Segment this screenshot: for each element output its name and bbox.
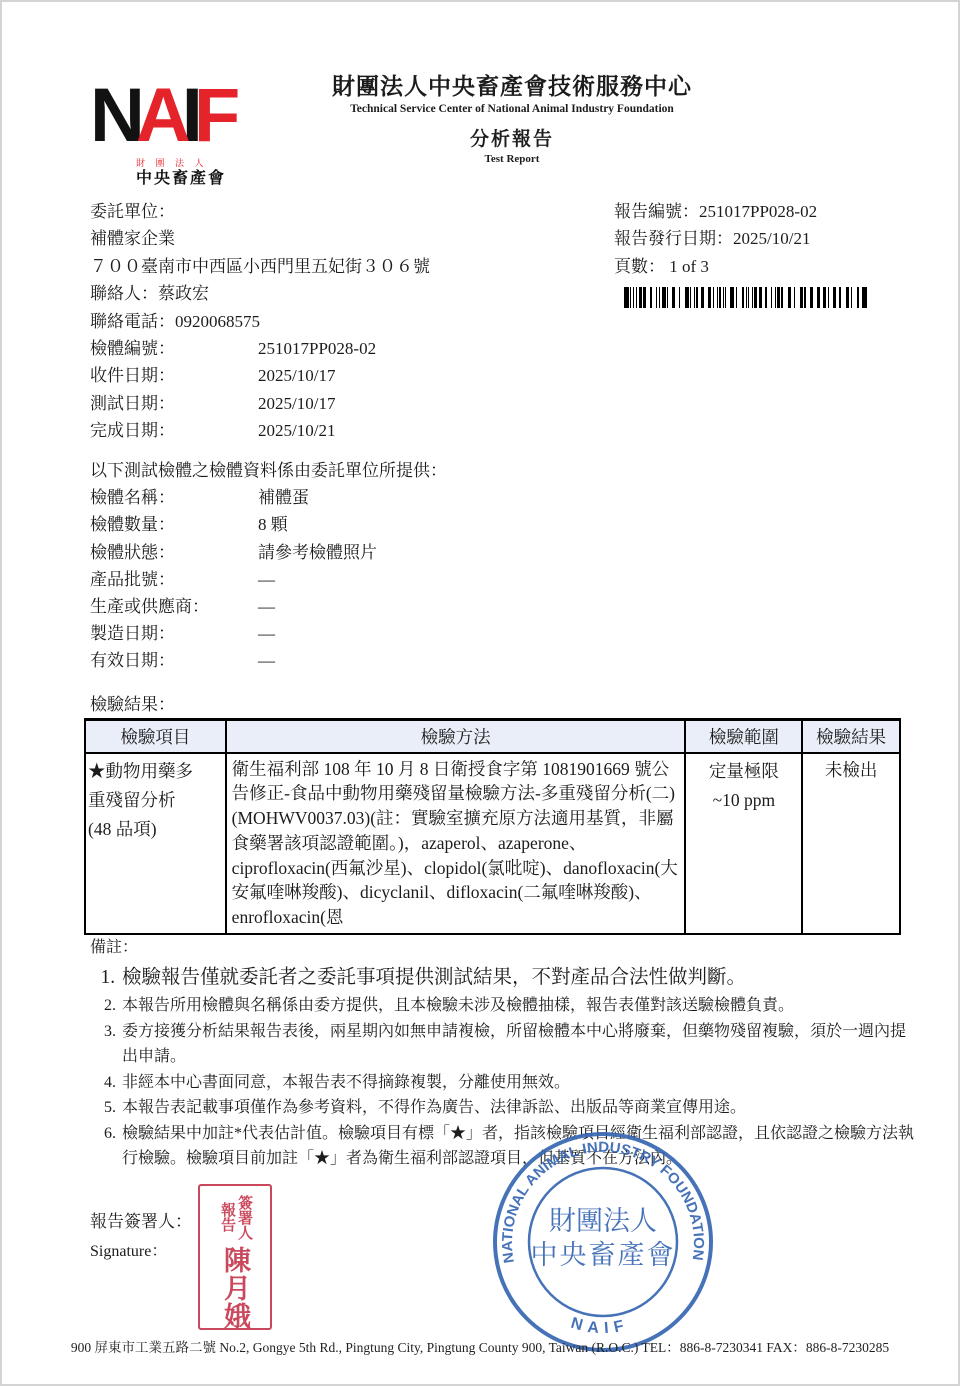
results-table: 檢驗項目 檢驗方法 檢驗範圍 檢驗結果 ★動物用藥多重殘留分析(48 品項) 衛…: [84, 718, 901, 935]
note-item: 本報告表記載事項僅作為參考資料，不得作為廣告、法律訴訟、出版品等商業宣傳用途。: [120, 1095, 914, 1121]
field-label: 完成日期：: [90, 417, 258, 444]
field-value: —: [258, 624, 275, 643]
results-header-row: 檢驗項目 檢驗方法 檢驗範圍 檢驗結果: [85, 720, 900, 753]
logo-subtitle: 財 團 法 人 中央畜產會: [90, 158, 270, 188]
report-meta-block: 報告編號：251017PP028-02 報告發行日期：2025/10/21 頁數…: [614, 198, 914, 308]
org-title-en: Technical Service Center of National Ani…: [302, 103, 722, 115]
client-address: ７００臺南市中西區小西門里五妃街３０６號: [90, 253, 560, 280]
logo-letter-a: A: [136, 73, 182, 158]
svg-text:NAIF: NAIF: [569, 1315, 631, 1338]
signature-label-zh: 報告簽署人：: [90, 1207, 192, 1237]
logo-subtitle-small: 財 團 法 人: [136, 158, 270, 169]
issue-date: 2025/10/21: [733, 229, 810, 248]
header-test-item: 檢驗項目: [85, 720, 226, 753]
expiry-date-row: 有效日期：—: [90, 647, 610, 674]
naif-logo: NAIF 財 團 法 人 中央畜產會: [90, 76, 270, 188]
logo-subtitle-org: 中央畜產會: [136, 169, 270, 188]
logo-letter-f: F: [194, 73, 231, 158]
client-contact: 聯絡人：蔡政宏: [90, 280, 560, 307]
note-item: 檢驗報告僅就委託者之委託事項提供測試結果，不對產品合法性做判斷。: [120, 962, 914, 993]
cell-test-result: 未檢出: [802, 753, 900, 935]
field-label: 生產或供應商：: [90, 593, 258, 620]
client-info-block: 委託單位： 補體家企業 ７００臺南市中西區小西門里五妃街３０６號 聯絡人：蔡政宏…: [90, 198, 560, 445]
field-value: 2025/10/21: [258, 421, 335, 440]
field-label: 製造日期：: [90, 620, 258, 647]
test-report-page: NAIF 財 團 法 人 中央畜產會 財團法人中央畜產會技術服務中心 Techn…: [0, 0, 960, 1386]
signatory-name-stamp: 簽署人 報告 陳月娥: [198, 1184, 272, 1330]
note-item: 非經本中心書面同意，本報告表不得摘錄複製，分離使用無效。: [120, 1070, 914, 1096]
report-number: 251017PP028-02: [699, 202, 817, 221]
client-name: 補體家企業: [90, 225, 560, 252]
field-label: 檢體狀態：: [90, 539, 258, 566]
field-label: 測試日期：: [90, 390, 258, 417]
field-label: 產品批號：: [90, 566, 258, 593]
sample-no-row: 檢體編號：251017PP028-02: [90, 335, 560, 362]
report-title-en: Test Report: [302, 153, 722, 165]
signature-label-en: Signature：: [90, 1237, 192, 1267]
signature-block: 報告簽署人： Signature：: [90, 1207, 192, 1267]
pages-row: 頁數： 1 of 3: [614, 253, 914, 280]
header-test-method: 檢驗方法: [226, 720, 686, 753]
page-count: 1 of 3: [669, 257, 709, 276]
field-value: 2025/10/17: [258, 394, 335, 413]
field-value: 251017PP028-02: [258, 339, 376, 358]
sample-state-row: 檢體狀態：請參考檢體照片: [90, 539, 610, 566]
field-value: 補體蛋: [258, 488, 309, 507]
note-item: 本報告所用檢體與名稱係由委方提供，且本檢驗未涉及檢體抽樣，報告表僅對該送驗檢體負…: [120, 993, 914, 1019]
field-label: 檢體數量：: [90, 511, 258, 538]
field-value: 請參考檢體照片: [258, 543, 377, 562]
logo-letter-n: N: [90, 73, 136, 158]
client-phone: 聯絡電話：0920068575: [90, 308, 560, 335]
test-date-row: 測試日期：2025/10/17: [90, 390, 560, 417]
stamp-title-right: 簽署人: [235, 1189, 252, 1245]
note-item: 委方接獲分析結果報告表後，兩星期內如無申請複檢，所留檢體本中心將廢棄，但藥物殘留…: [120, 1019, 914, 1070]
complete-date-row: 完成日期：2025/10/21: [90, 417, 560, 444]
cell-test-range: 定量極限 ~10 ppm: [685, 753, 802, 935]
seal-bottom-text: NAIF: [569, 1315, 631, 1338]
logo-letter-i: I: [182, 73, 194, 158]
issue-date-row: 報告發行日期：2025/10/21: [614, 225, 914, 252]
sample-qty-row: 檢體數量：8 顆: [90, 511, 610, 538]
field-label: 收件日期：: [90, 362, 258, 389]
supplier-row: 生產或供應商：—: [90, 593, 610, 620]
stamp-title: 簽署人 報告: [218, 1189, 252, 1245]
results-data-row: ★動物用藥多重殘留分析(48 品項) 衛生福利部 108 年 10 月 8 日衛…: [85, 753, 900, 935]
cell-test-item: ★動物用藥多重殘留分析(48 品項): [85, 753, 226, 935]
sample-name-row: 檢體名稱：補體蛋: [90, 484, 610, 511]
received-date-row: 收件日期：2025/10/17: [90, 362, 560, 389]
seal-center-line1: 財團法人: [549, 1206, 657, 1236]
notes-label: 備註：: [90, 936, 914, 960]
field-label: 檢體編號：: [90, 335, 258, 362]
report-no-row: 報告編號：251017PP028-02: [614, 198, 914, 225]
stamp-name: 陳月娥: [221, 1245, 249, 1331]
document-title-block: 財團法人中央畜產會技術服務中心 Technical Service Center…: [302, 68, 722, 165]
field-label: 報告編號：: [614, 202, 699, 221]
barcode: [624, 287, 867, 308]
stamp-title-left: 報告: [218, 1189, 235, 1245]
results-section-label: 檢驗結果：: [90, 690, 175, 715]
sample-info-block: 以下測試檢體之檢體資料係由委託單位所提供： 檢體名稱：補體蛋 檢體數量：8 顆 …: [90, 457, 610, 675]
foundation-seal: NATIONAL ANIMAL INDUSTRY FOUNDATION NAIF…: [489, 1128, 717, 1356]
field-label: 報告發行日期：: [614, 229, 733, 248]
field-value: 8 顆: [258, 515, 288, 534]
field-value: —: [258, 570, 275, 589]
header-test-range: 檢驗範圍: [685, 720, 802, 753]
field-value: —: [258, 597, 275, 616]
mfg-date-row: 製造日期：—: [90, 620, 610, 647]
report-title-zh: 分析報告: [302, 124, 722, 151]
seal-center-line2: 中央畜產會: [531, 1240, 676, 1270]
client-unit-label: 委託單位：: [90, 198, 560, 225]
field-label: 有效日期：: [90, 647, 258, 674]
sample-intro: 以下測試檢體之檢體資料係由委託單位所提供：: [90, 457, 610, 484]
naif-logo-letters: NAIF: [90, 76, 270, 156]
field-label: 頁數：: [614, 257, 665, 276]
org-title-zh: 財團法人中央畜產會技術服務中心: [302, 68, 722, 101]
field-value: 2025/10/17: [258, 366, 335, 385]
field-value: —: [258, 651, 275, 670]
header-test-result: 檢驗結果: [802, 720, 900, 753]
batch-no-row: 產品批號：—: [90, 566, 610, 593]
cell-test-method: 衛生福利部 108 年 10 月 8 日衛授食字第 1081901669 號公告…: [226, 753, 686, 935]
field-label: 檢體名稱：: [90, 484, 258, 511]
footer-address: 900 屏東市工業五路二號 No.2, Gongye 5th Rd., Ping…: [2, 1336, 958, 1356]
